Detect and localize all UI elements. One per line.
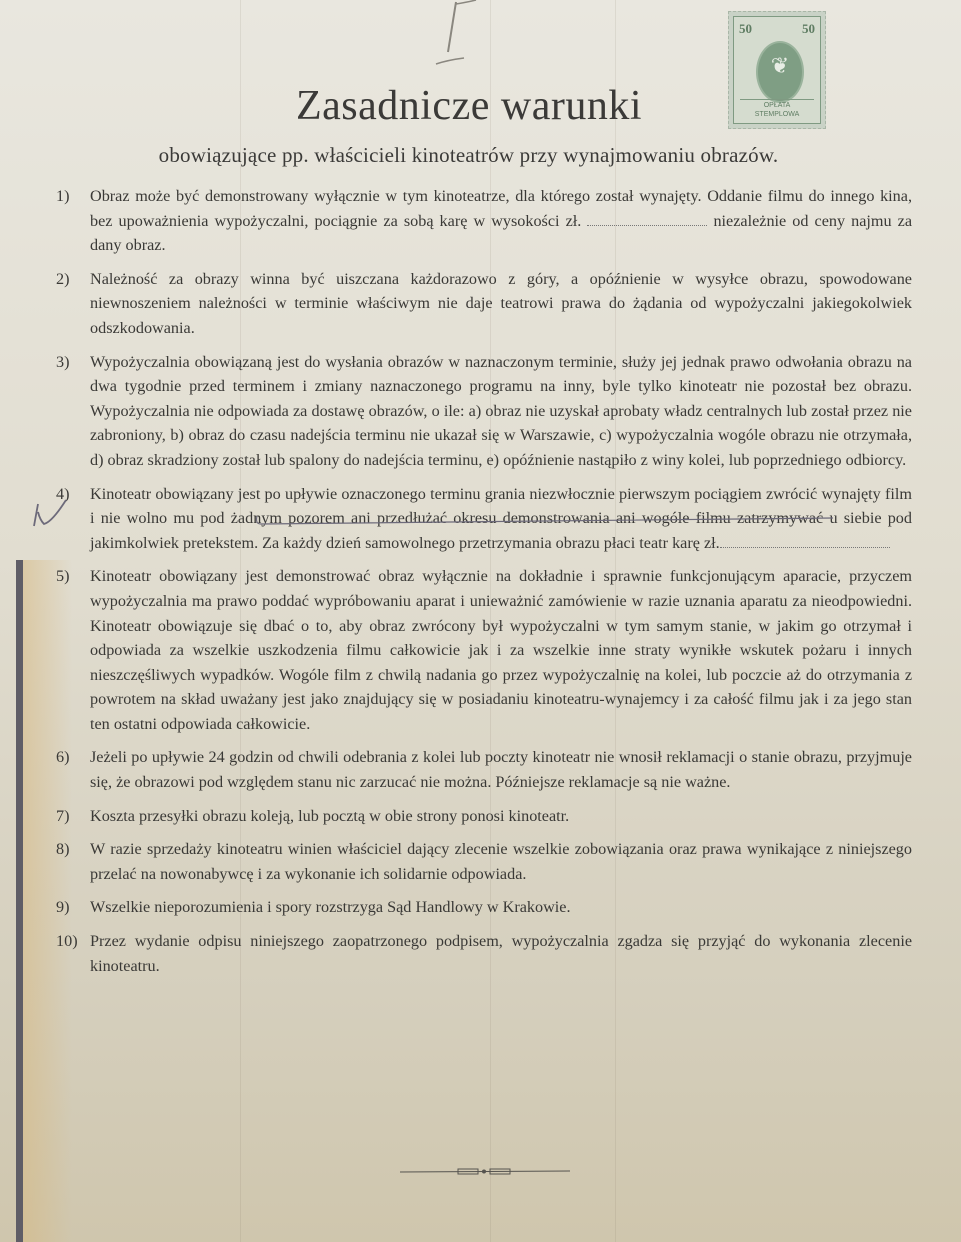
clause-number: 5) xyxy=(56,564,69,589)
closing-ornament-icon xyxy=(400,1168,570,1176)
handwritten-underline-icon xyxy=(255,514,835,526)
clause-text: Obraz może być demonstrowany wyłącznie w… xyxy=(90,184,912,258)
clause-number: 2) xyxy=(56,267,69,292)
clause-text: Wypożyczalnia obowiązaną jest do wysłani… xyxy=(90,350,912,473)
clause-10: 10) Przez wydanie odpisu niniejszego zao… xyxy=(50,929,912,978)
fill-in-blank-amount[interactable] xyxy=(587,224,707,226)
clause-9: 9) Wszelkie nieporozumienia i spory rozs… xyxy=(50,895,912,920)
clause-number: 6) xyxy=(56,745,69,770)
clause-5: 5) Kinoteatr obowiązany jest demonstrowa… xyxy=(50,564,912,736)
clause-number: 10) xyxy=(56,929,78,954)
fill-in-blank-penalty[interactable] xyxy=(720,546,890,548)
clause-text: Przez wydanie odpisu niniejszego zaopatr… xyxy=(90,929,912,978)
clause-6: 6) Jeżeli po upływie 24 godzin od chwili… xyxy=(50,745,912,794)
clause-text: Należność za obrazy winna być uiszczana … xyxy=(90,267,912,341)
document-subtitle: obowiązujące pp. właścicieli kinoteatrów… xyxy=(46,143,891,168)
stamp-value-right: 50 xyxy=(802,21,815,37)
stamp-value-left: 50 xyxy=(739,21,752,37)
clause-1: 1) Obraz może być demonstrowany wyłączni… xyxy=(50,184,912,258)
clause-3: 3) Wypożyczalnia obowiązaną jest do wysł… xyxy=(50,350,912,473)
clause-2: 2) Należność za obrazy winna być uiszcza… xyxy=(50,267,912,341)
clause-number: 1) xyxy=(56,184,69,209)
clause-text: Wszelkie nieporozumienia i spory rozstrz… xyxy=(90,895,912,920)
clause-number: 9) xyxy=(56,895,69,920)
clause-text: Jeżeli po upływie 24 godzin od chwili od… xyxy=(90,745,912,794)
sheet-edge xyxy=(16,560,23,1242)
clause-list: 1) Obraz może być demonstrowany wyłączni… xyxy=(50,184,912,987)
handwritten-margin-mark-icon xyxy=(30,498,70,528)
clause-text: Koszta przesyłki obrazu koleją, lub pocz… xyxy=(90,804,912,829)
clause-7: 7) Koszta przesyłki obrazu koleją, lub p… xyxy=(50,804,912,829)
clause-text: Kinoteatr obowiązany jest demonstrować o… xyxy=(90,564,912,736)
pencil-mark-icon xyxy=(418,0,478,70)
clause-number: 7) xyxy=(56,804,69,829)
document-title: Zasadnicze warunki xyxy=(0,82,938,130)
eagle-icon: ❦ xyxy=(758,55,802,77)
clause-number: 8) xyxy=(56,837,69,862)
clause-text: W razie sprzedaży kinoteatru winien właś… xyxy=(90,837,912,886)
clause-8: 8) W razie sprzedaży kinoteatru winien w… xyxy=(50,837,912,886)
clause-number: 3) xyxy=(56,350,69,375)
